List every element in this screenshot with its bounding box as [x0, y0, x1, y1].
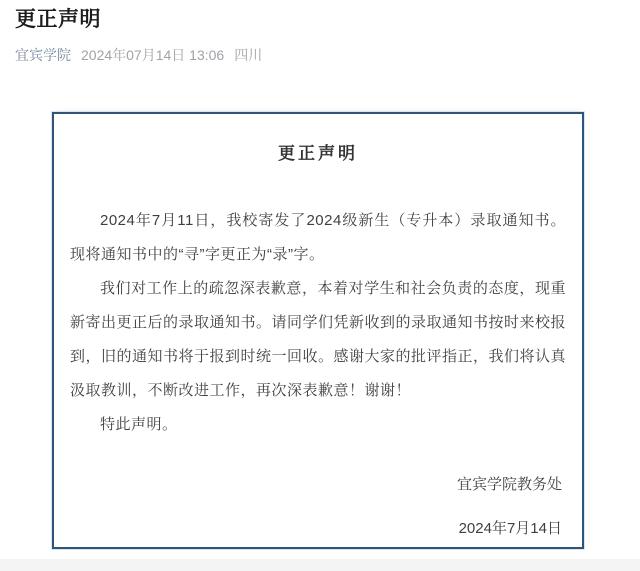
article-header: 更正声明 宜宾学院2024年07月14日 13:06四川	[0, 0, 640, 64]
statement-paragraph-2: 我们对工作上的疏忽深表歉意，本着对学生和社会负责的态度，现重新寄出更正后的录取通…	[70, 272, 566, 408]
source-account-link[interactable]: 宜宾学院	[15, 47, 71, 63]
page-footer-strip	[0, 559, 640, 571]
statement-body: 2024年7月11日，我校寄发了2024级新生（专升本）录取通知书。现将通知书中…	[70, 204, 566, 442]
statement-paragraph-1: 2024年7月11日，我校寄发了2024级新生（专升本）录取通知书。现将通知书中…	[70, 204, 566, 272]
statement-document-box: 更正声明 2024年7月11日，我校寄发了2024级新生（专升本）录取通知书。现…	[52, 112, 584, 549]
statement-paragraph-3: 特此声明。	[70, 408, 566, 442]
publish-datetime: 2024年07月14日 13:06	[81, 47, 224, 63]
statement-title: 更正声明	[70, 142, 566, 166]
page-title: 更正声明	[15, 6, 625, 34]
signature-name: 宜宾学院教务处	[70, 468, 562, 502]
signature-date: 2024年7月14日	[70, 512, 562, 546]
statement-signature-block: 宜宾学院教务处 2024年7月14日	[70, 468, 566, 546]
byline: 宜宾学院2024年07月14日 13:06四川	[15, 46, 625, 64]
publish-location: 四川	[234, 47, 262, 63]
